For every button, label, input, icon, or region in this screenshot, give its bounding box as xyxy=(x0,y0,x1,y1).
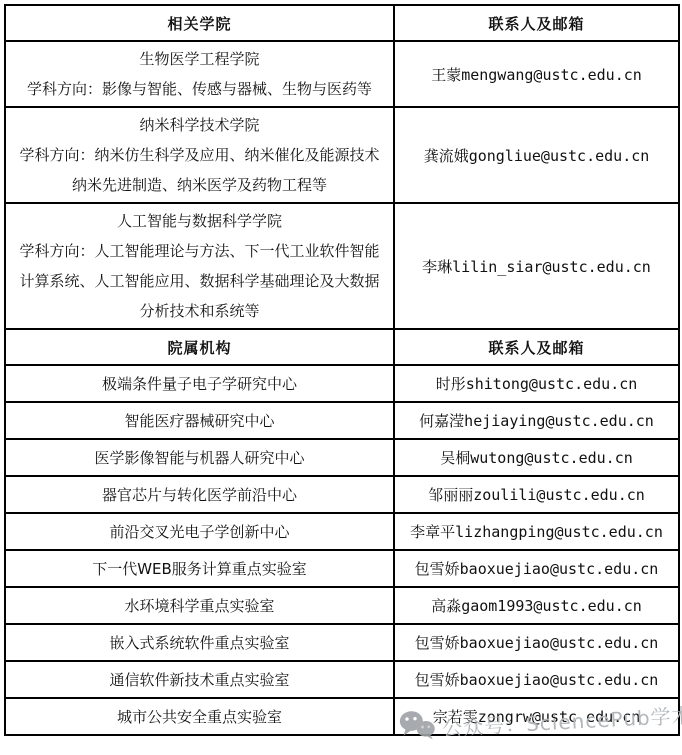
contact-email: 王蒙mengwang@ustc.edu.cn xyxy=(394,41,679,107)
contact-email: 李琳lilin_siar@ustc.edu.cn xyxy=(394,203,679,329)
institute-name: 水环境科学重点实验室 xyxy=(5,587,394,624)
table-row: 通信软件新技术重点实验室 包雪娇baoxuejiao@ustc.edu.cn xyxy=(5,661,679,698)
institute-name: 前沿交叉光电子学创新中心 xyxy=(5,513,394,550)
table-row: 城市公共安全重点实验室 宗若雯zongrw@ustc.edu.cn xyxy=(5,698,679,735)
contact-email: 龚流娥gongliue@ustc.edu.cn xyxy=(394,107,679,203)
section2-contact-header: 联系人及邮箱 xyxy=(394,329,679,365)
table-row: 器官芯片与转化医学前沿中心 邹丽丽zoulili@ustc.edu.cn xyxy=(5,476,679,513)
section1-contact-header: 联系人及邮箱 xyxy=(394,5,679,41)
college-cell: 生物医学工程学院 学科方向：影像与智能、传感与器械、生物与医药等 xyxy=(5,41,394,107)
college-disciplines: 学科方向：人工智能理论与方法、下一代工业软件智能计算系统、人工智能应用、数据科学… xyxy=(14,236,385,326)
table-row: 前沿交叉光电子学创新中心 李章平lizhangping@ustc.edu.cn xyxy=(5,513,679,550)
institute-name: 下一代WEB服务计算重点实验室 xyxy=(5,550,394,587)
contact-email: 高淼gaom1993@ustc.edu.cn xyxy=(394,587,679,624)
contact-email: 包雪娇baoxuejiao@ustc.edu.cn xyxy=(394,550,679,587)
table-row: 极端条件量子电子学研究中心 时彤shitong@ustc.edu.cn xyxy=(5,365,679,402)
table-row: 智能医疗器械研究中心 何嘉滢hejiaying@ustc.edu.cn xyxy=(5,402,679,439)
contact-email: 时彤shitong@ustc.edu.cn xyxy=(394,365,679,402)
contact-table-sheet: 相关学院 联系人及邮箱 生物医学工程学院 学科方向：影像与智能、传感与器械、生物… xyxy=(0,0,682,755)
institute-name: 智能医疗器械研究中心 xyxy=(5,402,394,439)
institute-name: 城市公共安全重点实验室 xyxy=(5,698,394,735)
institute-name: 医学影像智能与机器人研究中心 xyxy=(5,439,394,476)
contact-email: 邹丽丽zoulili@ustc.edu.cn xyxy=(394,476,679,513)
college-cell: 人工智能与数据科学学院 学科方向：人工智能理论与方法、下一代工业软件智能计算系统… xyxy=(5,203,394,329)
institute-name: 通信软件新技术重点实验室 xyxy=(5,661,394,698)
contact-email: 何嘉滢hejiaying@ustc.edu.cn xyxy=(394,402,679,439)
contact-email: 包雪娇baoxuejiao@ustc.edu.cn xyxy=(394,661,679,698)
contact-email: 包雪娇baoxuejiao@ustc.edu.cn xyxy=(394,624,679,661)
college-disciplines: 学科方向：纳米仿生科学及应用、纳米催化及能源技术纳米先进制造、纳米医学及药物工程… xyxy=(14,140,385,200)
college-cell: 纳米科学技术学院 学科方向：纳米仿生科学及应用、纳米催化及能源技术纳米先进制造、… xyxy=(5,107,394,203)
college-contact-table: 相关学院 联系人及邮箱 生物医学工程学院 学科方向：影像与智能、传感与器械、生物… xyxy=(4,4,680,736)
institute-name: 器官芯片与转化医学前沿中心 xyxy=(5,476,394,513)
institute-name: 嵌入式系统软件重点实验室 xyxy=(5,624,394,661)
contact-email: 宗若雯zongrw@ustc.edu.cn xyxy=(394,698,679,735)
table-row: 生物医学工程学院 学科方向：影像与智能、传感与器械、生物与医药等 王蒙mengw… xyxy=(5,41,679,107)
table-row: 纳米科学技术学院 学科方向：纳米仿生科学及应用、纳米催化及能源技术纳米先进制造、… xyxy=(5,107,679,203)
table-row: 嵌入式系统软件重点实验室 包雪娇baoxuejiao@ustc.edu.cn xyxy=(5,624,679,661)
institute-name: 极端条件量子电子学研究中心 xyxy=(5,365,394,402)
contact-email: 李章平lizhangping@ustc.edu.cn xyxy=(394,513,679,550)
section2-institute-header: 院属机构 xyxy=(5,329,394,365)
table-row: 人工智能与数据科学学院 学科方向：人工智能理论与方法、下一代工业软件智能计算系统… xyxy=(5,203,679,329)
section2-header-row: 院属机构 联系人及邮箱 xyxy=(5,329,679,365)
college-name: 生物医学工程学院 xyxy=(14,44,385,74)
table-row: 医学影像智能与机器人研究中心 吴桐wutong@ustc.edu.cn xyxy=(5,439,679,476)
contact-email: 吴桐wutong@ustc.edu.cn xyxy=(394,439,679,476)
college-name: 纳米科学技术学院 xyxy=(14,110,385,140)
section1-college-header: 相关学院 xyxy=(5,5,394,41)
table-row: 下一代WEB服务计算重点实验室 包雪娇baoxuejiao@ustc.edu.c… xyxy=(5,550,679,587)
college-name: 人工智能与数据科学学院 xyxy=(14,206,385,236)
section1-header-row: 相关学院 联系人及邮箱 xyxy=(5,5,679,41)
college-disciplines: 学科方向：影像与智能、传感与器械、生物与医药等 xyxy=(14,74,385,104)
table-row: 水环境科学重点实验室 高淼gaom1993@ustc.edu.cn xyxy=(5,587,679,624)
